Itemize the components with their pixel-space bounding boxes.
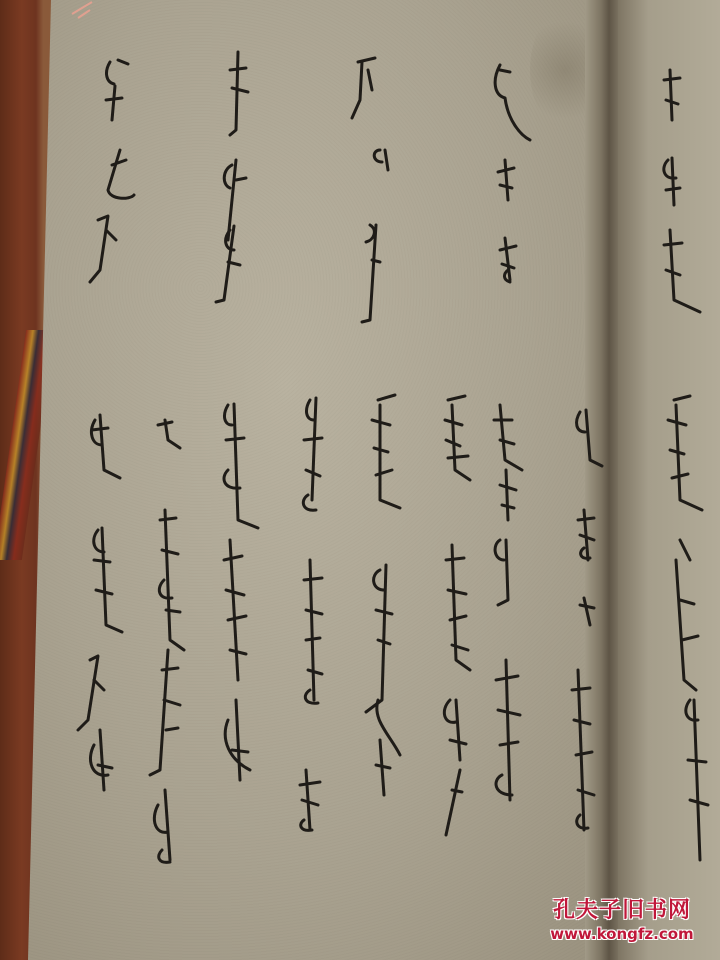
lower-column-1	[572, 410, 602, 830]
lower-column-5	[300, 398, 322, 830]
lower-column-2	[494, 405, 522, 800]
lower-column-7	[150, 420, 184, 862]
site-watermark: 孔夫子旧书网 www.kongfz.com	[532, 893, 712, 943]
right-page-column-1	[664, 70, 700, 312]
watermark-site-name: 孔夫子旧书网	[532, 893, 712, 924]
lower-column-8	[78, 415, 122, 790]
lower-column-3	[444, 396, 470, 835]
watermark-url: www.kongfz.com	[532, 925, 712, 943]
upper-column-3	[216, 52, 248, 302]
right-page-column-2	[668, 396, 708, 860]
upper-column-2	[352, 58, 388, 322]
manchu-script-handwriting	[0, 0, 720, 960]
upper-column-4	[90, 60, 134, 282]
upper-column-1	[495, 65, 530, 282]
lower-column-4	[366, 395, 400, 795]
lower-column-6	[224, 404, 258, 780]
